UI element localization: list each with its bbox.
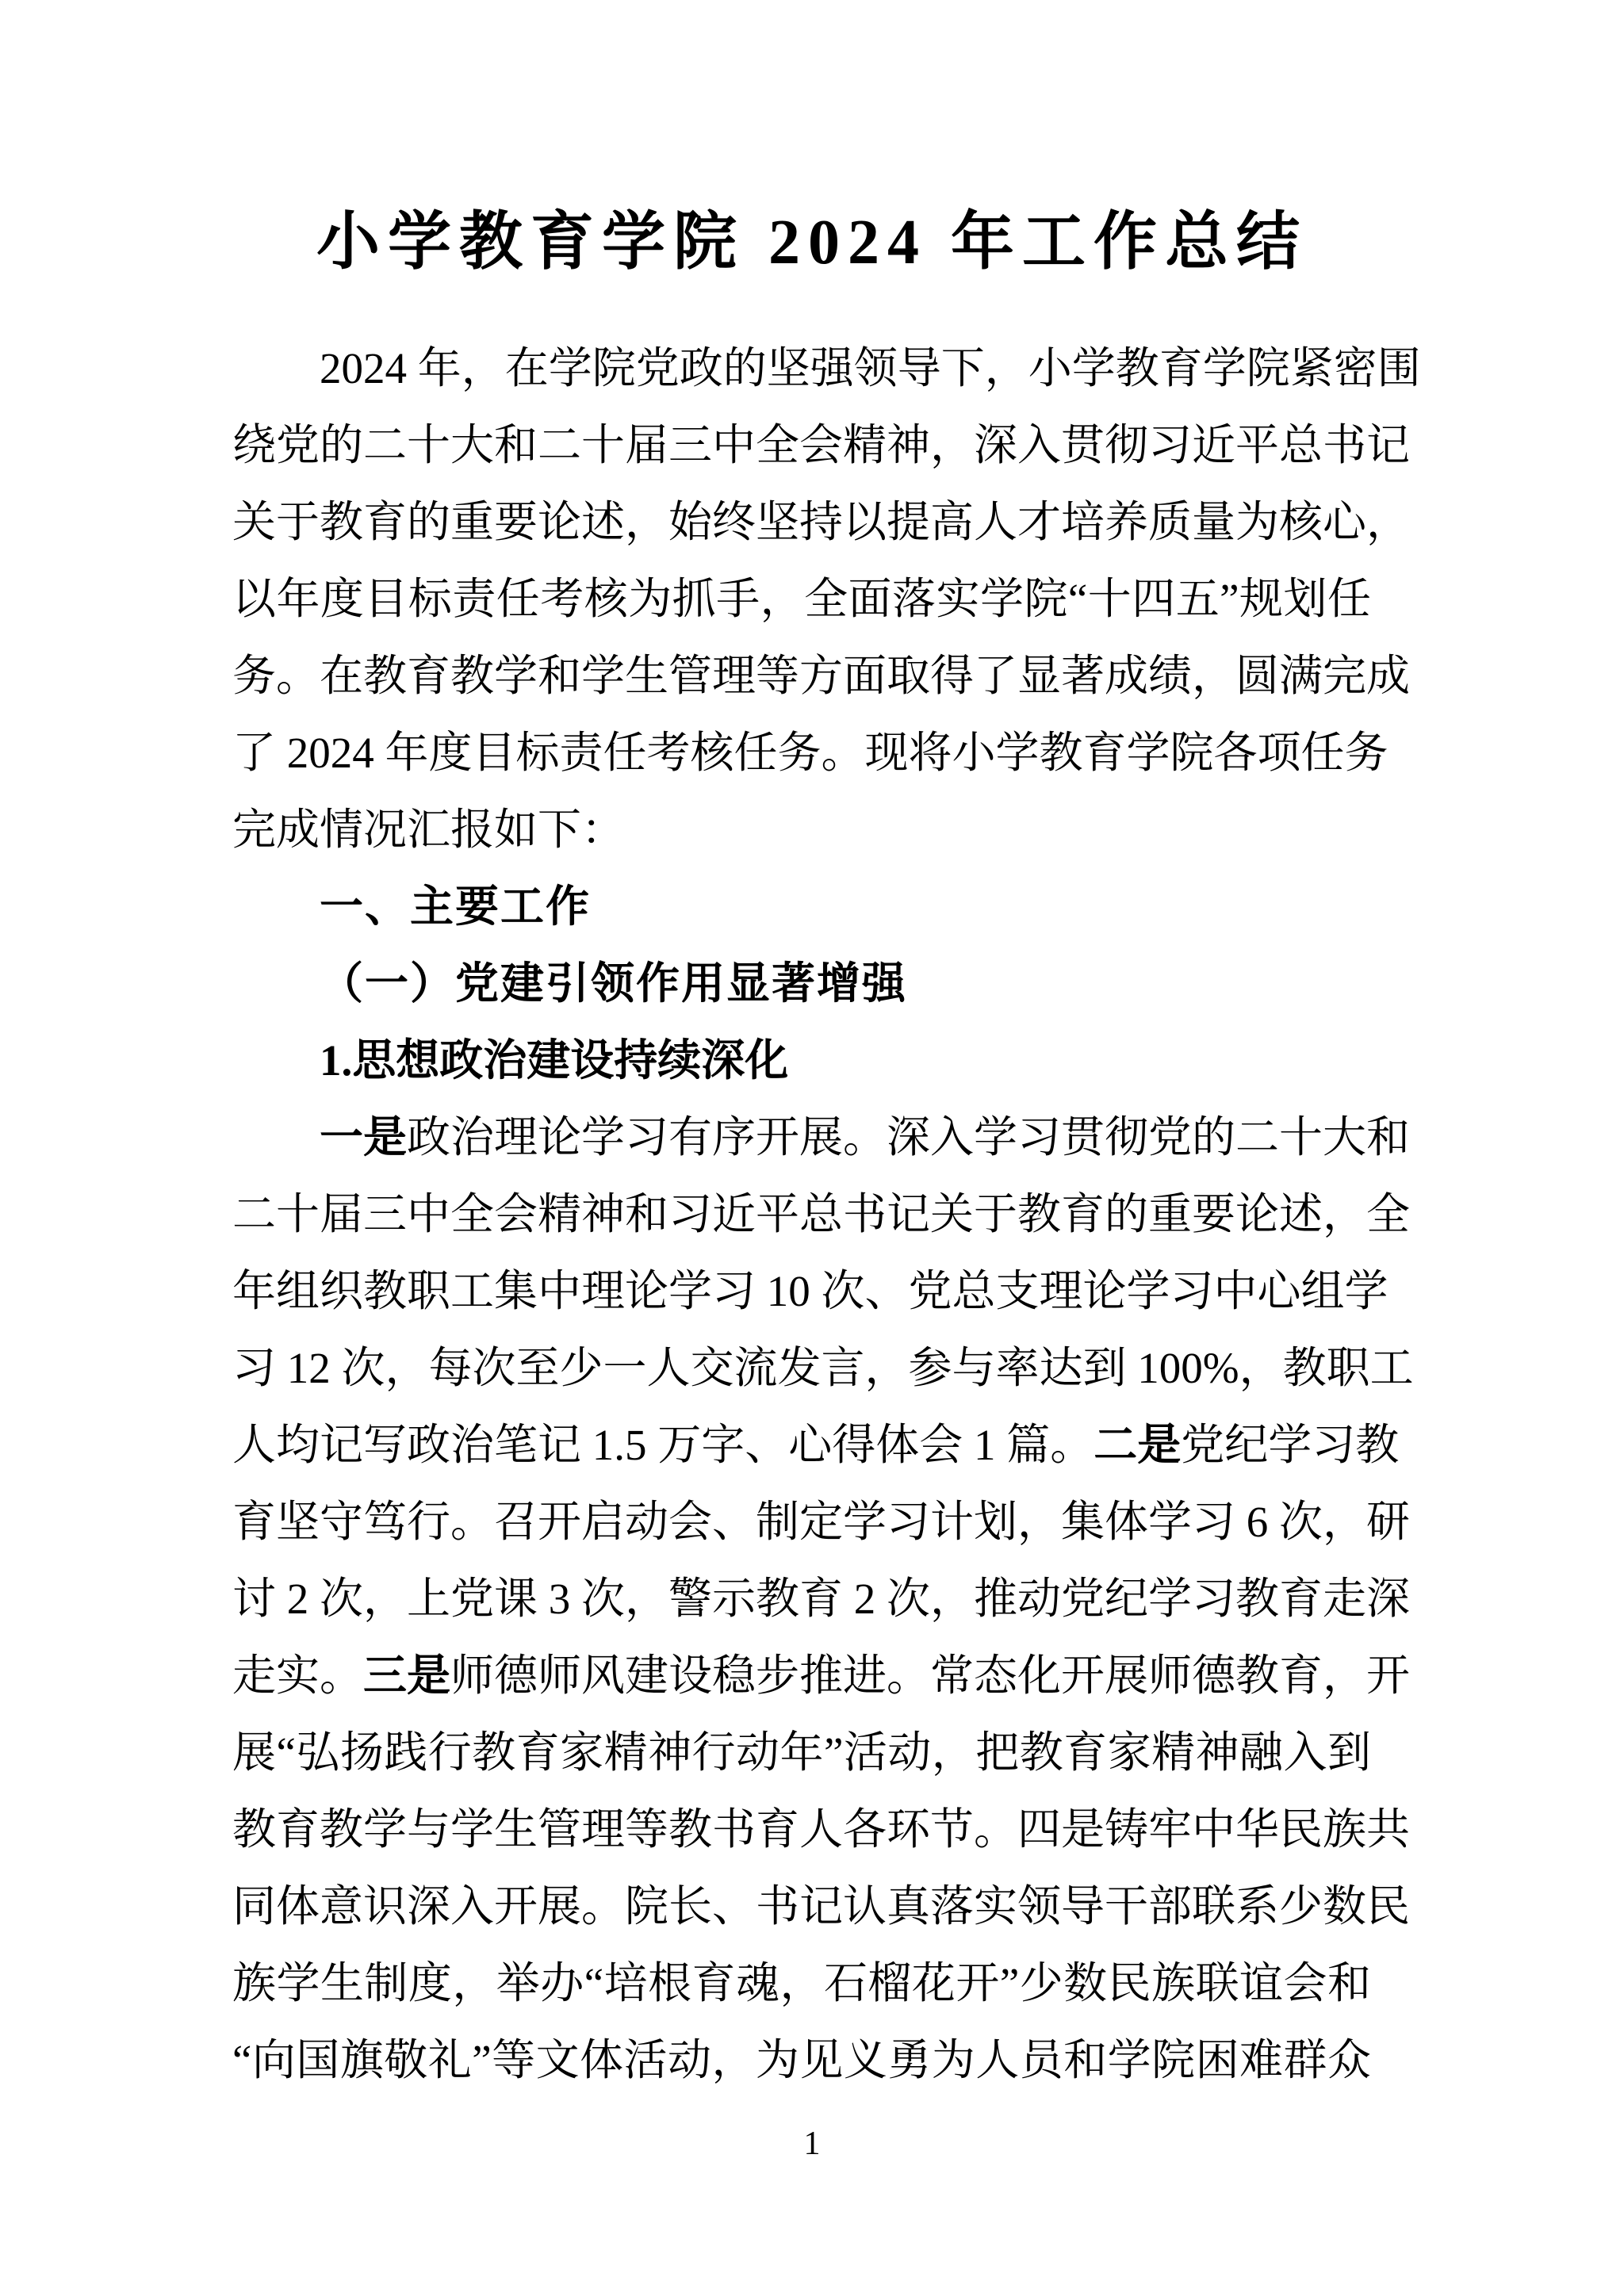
paragraph-line: 关于教育的重要论述，始终坚持以提高人才培养质量为核心，	[232, 484, 1371, 561]
document-title: 小学教育学院 2024 年工作总结	[0, 205, 1624, 281]
page-number: 1	[0, 2126, 1624, 2161]
section-heading-sub: （一）党建引领作用显著增强	[232, 945, 1371, 1022]
paragraph-line: 同体意识深入开展。院长、书记认真落实领导干部联系少数民	[232, 1868, 1371, 1945]
paragraph-line: 育坚守笃行。召开启动会、制定学习计划，集体学习 6 次，研	[232, 1483, 1371, 1560]
paragraph-line: 展“弘扬践行教育家精神行动年”活动，把教育家精神融入到	[232, 1714, 1371, 1791]
paragraph-line: 了 2024 年度目标责任考核任务。现将小学教育学院各项任务	[232, 714, 1371, 791]
paragraph-line: “向国旗敬礼”等文体活动，为见义勇为人员和学院困难群众	[232, 2022, 1371, 2099]
paragraph-line: 年组织教职工集中理论学习 10 次、党总支理论学习中心组学	[232, 1253, 1371, 1330]
paragraph-line: 以年度目标责任考核为抓手，全面落实学院“十四五”规划任	[232, 561, 1371, 637]
paragraph-line: 完成情况汇报如下：	[232, 791, 1371, 868]
section-heading-main: 一、主要工作	[232, 868, 1371, 945]
paragraph-line: 2024 年，在学院党政的坚强领导下，小学教育学院紧密围	[232, 330, 1371, 407]
paragraph-line: 族学生制度，举办“培根育魂，石榴花开”少数民族联谊会和	[232, 1945, 1371, 2022]
paragraph-line: 讨 2 次，上党课 3 次，警示教育 2 次，推动党纪学习教育走深	[232, 1560, 1371, 1637]
paragraph-line: 走实。三是师德师风建设稳步推进。常态化开展师德教育，开	[232, 1637, 1371, 1714]
paragraph-line: 二十届三中全会精神和习近平总书记关于教育的重要论述，全	[232, 1176, 1371, 1253]
document-page: 小学教育学院 2024 年工作总结 2024 年，在学院党政的坚强领导下，小学教…	[0, 0, 1624, 2296]
paragraph-line: 人均记写政治笔记 1.5 万字、心得体会 1 篇。二是党纪学习教	[232, 1406, 1371, 1483]
paragraph-line: 务。在教育教学和学生管理等方面取得了显著成绩，圆满完成	[232, 637, 1371, 714]
paragraph-line: 绕党的二十大和二十届三中全会精神，深入贯彻习近平总书记	[232, 407, 1371, 484]
section-heading-item: 1.思想政治建设持续深化	[232, 1022, 1371, 1099]
paragraph-line: 教育教学与学生管理等教书育人各环节。四是铸牢中华民族共	[232, 1791, 1371, 1868]
document-body: 2024 年，在学院党政的坚强领导下，小学教育学院紧密围 绕党的二十大和二十届三…	[232, 330, 1371, 2099]
paragraph-line: 习 12 次，每次至少一人交流发言，参与率达到 100%，教职工	[232, 1330, 1371, 1406]
paragraph-line: 一是政治理论学习有序开展。深入学习贯彻党的二十大和	[232, 1099, 1371, 1176]
